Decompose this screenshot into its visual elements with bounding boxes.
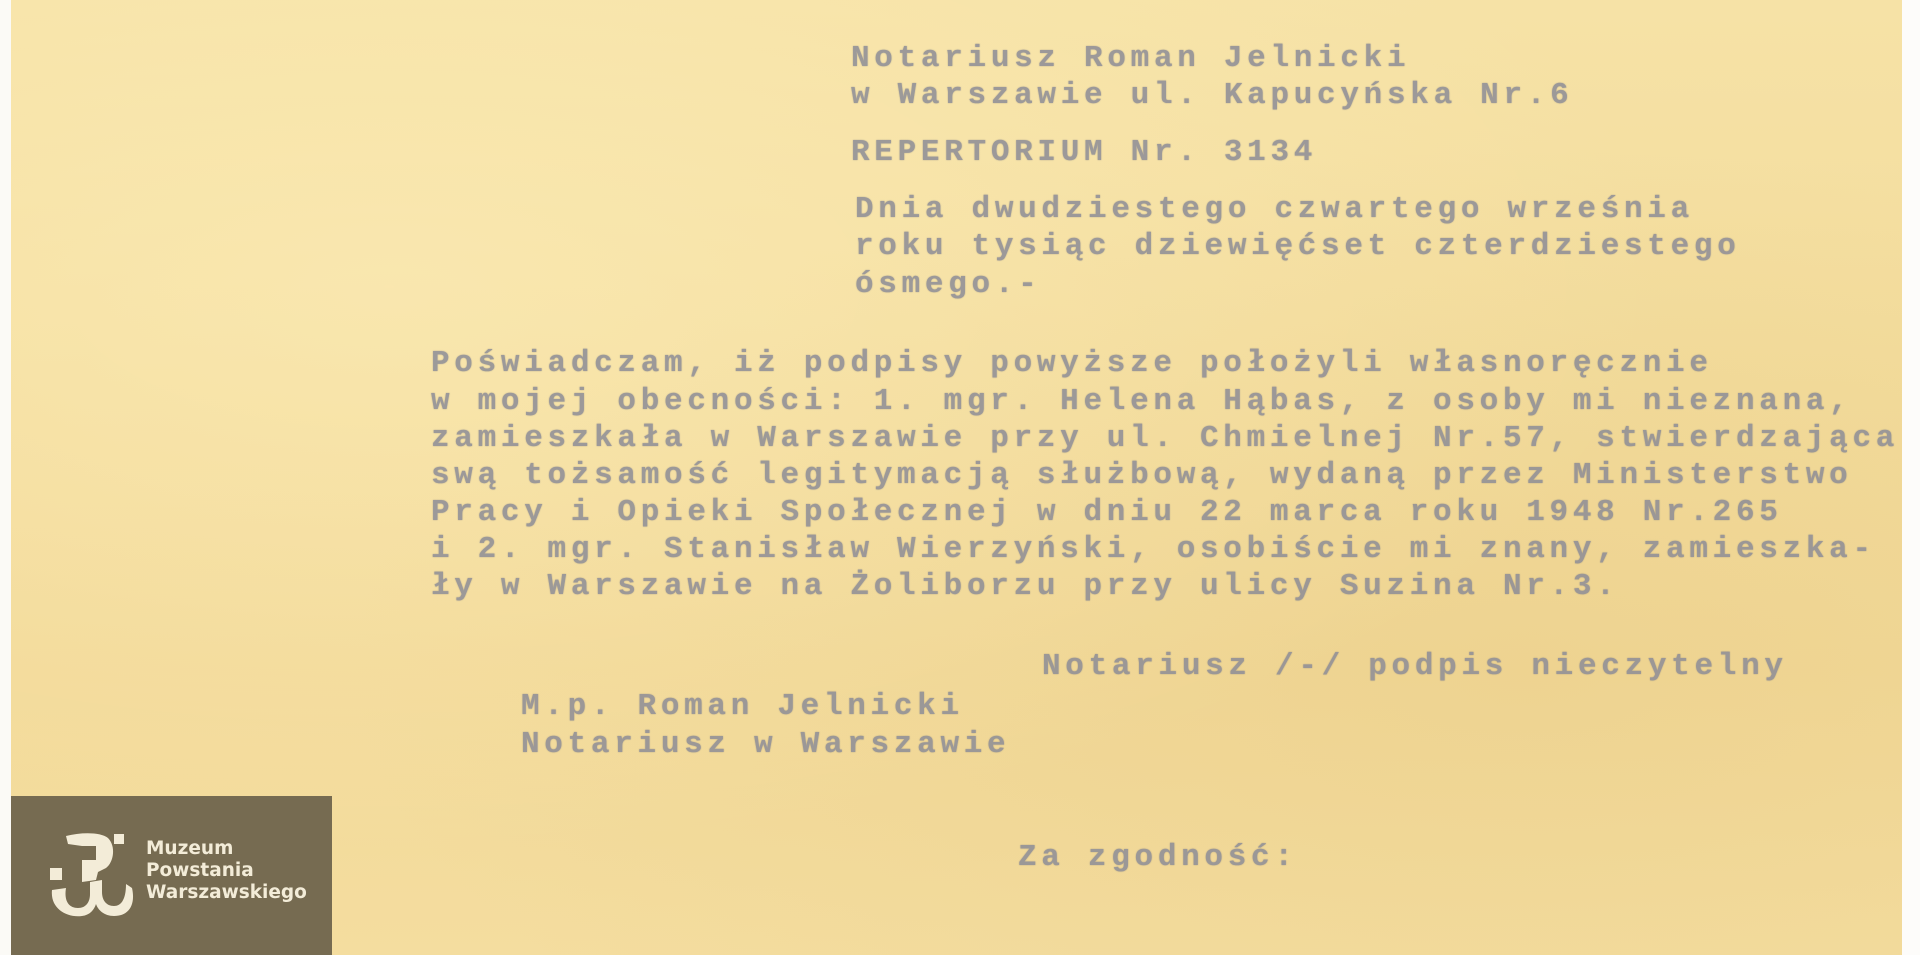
museum-name: Muzeum Powstania Warszawskiego xyxy=(146,838,307,904)
scan-border-right xyxy=(1902,0,1920,955)
museum-name-line-1: Muzeum xyxy=(146,838,307,860)
notary-name-line: Notariusz Roman Jelnicki xyxy=(851,40,1410,77)
body-line: zamieszkała w Warszawie przy ul. Chmieln… xyxy=(431,420,1899,457)
notary-signature: Notariusz /-/ podpis nieczytelny xyxy=(1042,648,1788,685)
museum-name-line-3: Warszawskiego xyxy=(146,882,307,904)
body-line: Poświadczam, iż podpisy powyższe położyl… xyxy=(431,345,1713,382)
date-line-2: roku tysiąc dziewięćset czterdziestego xyxy=(855,228,1741,265)
scan-border-left xyxy=(0,0,11,955)
body-line: w mojej obecności: 1. mgr. Helena Hąbas,… xyxy=(431,383,1853,420)
museum-name-line-2: Powstania xyxy=(146,860,307,882)
notary-address-line: w Warszawie ul. Kapucyńska Nr.6 xyxy=(851,77,1573,114)
date-line-3: ósmego.- xyxy=(855,266,1041,303)
body-line: ły w Warszawie na Żoliborzu przy ulicy S… xyxy=(431,568,1619,605)
date-line-1: Dnia dwudziestego czwartego września xyxy=(855,191,1694,228)
body-line: i 2. mgr. Stanisław Wierzyński, osobiści… xyxy=(431,531,1876,568)
kotwica-anchor-icon xyxy=(46,828,146,923)
repertorium-number: REPERTORIUM Nr. 3134 xyxy=(851,134,1317,171)
stamp-line-2: Notariusz w Warszawie xyxy=(521,726,1010,763)
body-line: Pracy i Opieki Społecznej w dniu 22 marc… xyxy=(431,494,1783,531)
certification-label: Za zgodność: xyxy=(1018,839,1298,876)
museum-watermark: Muzeum Powstania Warszawskiego xyxy=(11,796,332,955)
stamp-line-1: M.p. Roman Jelnicki xyxy=(521,688,964,725)
body-line: swą tożsamość legitymacją służbową, wyda… xyxy=(431,457,1853,494)
